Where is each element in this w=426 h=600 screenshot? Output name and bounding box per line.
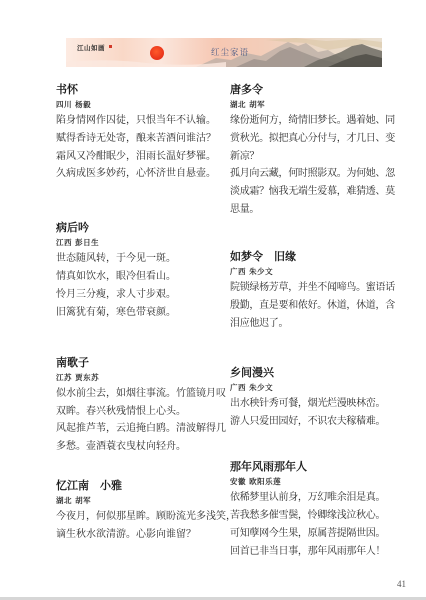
poem-line: 赏秋光。拟把真心分付与，才几日、变	[230, 130, 405, 148]
poem-line: 情真如饮水，眼冷但看山。	[56, 268, 231, 286]
poem-author: 广西 朱少文	[230, 381, 405, 395]
poem-shuhuai: 书怀 四川 杨毅 陷身情网作囚徒，只恨当年不认输。 赋得香诗无处寄，酿来苦酒问谁…	[56, 82, 231, 183]
seal-stamp-icon	[109, 45, 112, 48]
poem-line: 陷身情网作囚徒，只恨当年不认输。	[56, 112, 231, 130]
poem-yijiangnan: 忆江南 小雅 湖北 胡军 今夜月，何似那星眸。顾盼流光多浅笑， 谪生秋水欲清游。…	[56, 478, 231, 544]
poem-tangduoling: 唐多令 湖北 胡军 缘份逝何方，绮情旧梦长。遇着她、同 赏秋光。拟把真心分付与，…	[230, 82, 405, 219]
poem-author: 安徽 欧阳乐莲	[230, 475, 405, 489]
poem-line: 多愁。壶酒蓑衣曳杖向轻舟。	[56, 438, 231, 456]
poem-line: 泪应他迟了。	[230, 315, 405, 333]
poem-title: 书怀	[56, 82, 231, 98]
poem-title: 如梦令 旧缘	[230, 249, 405, 265]
poem-title: 忆江南 小雅	[56, 478, 231, 494]
poem-nanianfengyu: 那年风雨那年人 安徽 欧阳乐莲 依稀梦里认前身，万幻唯余泪是真。 苦我愁多催雪鬓…	[230, 459, 405, 561]
poem-nangezi: 南歌子 江苏 贾东苏 似水前尘去，如烟往事流。竹篮镜月叹 双眸。春兴秋残情恨上心…	[56, 355, 231, 455]
poem-line: 旧篱犹有菊，寒色带衰颜。	[56, 304, 231, 322]
poem-title: 乡间漫兴	[230, 365, 405, 381]
banner-title: 红尘家语	[211, 46, 249, 58]
poem-author: 湖北 胡军	[230, 98, 405, 112]
poem-line: 世态随风转，于今见一斑。	[56, 250, 231, 268]
poem-author: 江苏 贾东苏	[56, 371, 231, 385]
poem-title: 病后吟	[56, 220, 231, 236]
red-sun-icon	[150, 46, 164, 60]
banner-calligraphy-text: 江山如画	[77, 43, 105, 52]
poem-author: 湖北 胡军	[56, 494, 231, 508]
poem-line: 霜风又冷酣眠少，泪雨长温好梦罹。	[56, 148, 231, 166]
poem-line: 院锁绿杨芳草，并坐不闻啼鸟。蜜语话	[230, 279, 405, 297]
poem-line: 赋得香诗无处寄，酿来苦酒问谁沽？	[56, 130, 231, 148]
poem-line: 谪生秋水欲清游。心影向谁留？	[56, 526, 231, 544]
poem-title: 南歌子	[56, 355, 231, 371]
page-number: 41	[397, 579, 406, 589]
poem-author: 四川 杨毅	[56, 98, 231, 112]
poem-author: 江西 彭日生	[56, 236, 231, 250]
poem-line: 似水前尘去，如烟往事流。竹篮镜月叹	[56, 385, 231, 403]
poem-line: 久病成医多妙药，心怀济世自悬壶。	[56, 165, 231, 183]
poem-binghouyin: 病后吟 江西 彭日生 世态随风转，于今见一斑。 情真如饮水，眼冷但看山。 怜月三…	[56, 220, 231, 322]
poem-line: 风起推芦苇，云追掩白鸥。清波解得几	[56, 420, 231, 438]
poem-author: 广西 朱少文	[230, 265, 405, 279]
poem-line: 回首已非当日事，那年风雨那年人！	[230, 543, 405, 561]
poem-line: 淡成霜？恼我无端生爱慕，难猜透、莫	[230, 183, 405, 201]
poem-line: 依稀梦里认前身，万幻唯余泪是真。	[230, 489, 405, 507]
poem-line: 游人只爱田园好，不识农夫稼穑难。	[230, 413, 405, 431]
poem-line: 新凉？	[230, 148, 405, 166]
poem-line: 可知孽网今生果，原属菩提隔世因。	[230, 525, 405, 543]
poem-title: 那年风雨那年人	[230, 459, 405, 475]
poem-line: 怜月三分瘦，求人寸步艰。	[56, 286, 231, 304]
poem-line: 殷勤，直是要和侬好。休道，休道，含	[230, 297, 405, 315]
poem-line: 双眸。春兴秋残情恨上心头。	[56, 403, 231, 421]
poem-rumengling: 如梦令 旧缘 广西 朱少文 院锁绿杨芳草，并坐不闻啼鸟。蜜语话 殷勤，直是要和侬…	[230, 249, 405, 333]
poem-xiangjianmanxing: 乡间漫兴 广西 朱少文 出水秧针秀可餐，烟光烂漫映林峦。 游人只爱田园好，不识农…	[230, 365, 405, 431]
poem-line: 今夜月，何似那星眸。顾盼流光多浅笑，	[56, 508, 231, 526]
poem-line: 苦我愁多催雪鬓，怜卿缘浅泣秋心。	[230, 507, 405, 525]
poem-line: 缘份逝何方，绮情旧梦长。遇着她、同	[230, 112, 405, 130]
poem-title: 唐多令	[230, 82, 405, 98]
poem-line: 思量。	[230, 201, 405, 219]
poem-line: 出水秧针秀可餐，烟光烂漫映林峦。	[230, 395, 405, 413]
header-banner: 江山如画 红尘家语	[66, 38, 382, 67]
poem-line: 孤月向云藏，何时照影双。为何她、忽	[230, 165, 405, 183]
